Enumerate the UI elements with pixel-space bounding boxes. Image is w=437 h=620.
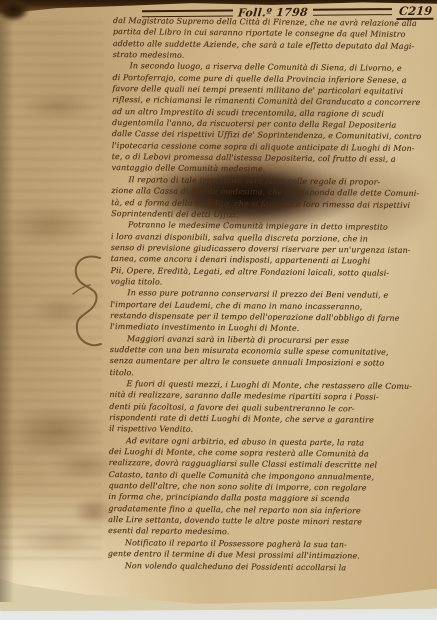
- foxing-spot: [21, 93, 95, 119]
- manuscript-text: dal Magistrato Supremo della Città di Fi…: [108, 15, 434, 574]
- marginal-flourish-icon: [66, 252, 112, 352]
- header-rule-right: [313, 8, 392, 16]
- paragraph: Notificato il reparto il Possessore pagh…: [108, 537, 429, 563]
- paragraph: In esso pure potranno conservarsi il pre…: [110, 287, 431, 335]
- paragraph: dal Magistrato Supremo della Città di Fi…: [113, 15, 434, 63]
- paragraph: Il reparto di tale imprestito sarà fatto…: [111, 174, 432, 222]
- paragraph: E fuori di questi mezzi, i Luoghi di Mon…: [109, 378, 431, 438]
- paragraph: Ad evitare ogni arbitrio, ed abuso in qu…: [108, 435, 430, 540]
- foxing-spot: [1, 203, 97, 247]
- paragraph: Maggiori avanzi sarà in libertà di procu…: [110, 333, 431, 381]
- foxing-spot: [16, 525, 100, 555]
- gutter-shadow: [0, 0, 14, 602]
- manuscript-photo: Foll.º 1798 C219 dal Magistrato Supremo …: [0, 0, 437, 620]
- paragraph: In secondo luogo, a riserva delle Comuni…: [111, 60, 433, 177]
- paragraph: Potranno le medesime Comunità impiegare …: [110, 219, 432, 290]
